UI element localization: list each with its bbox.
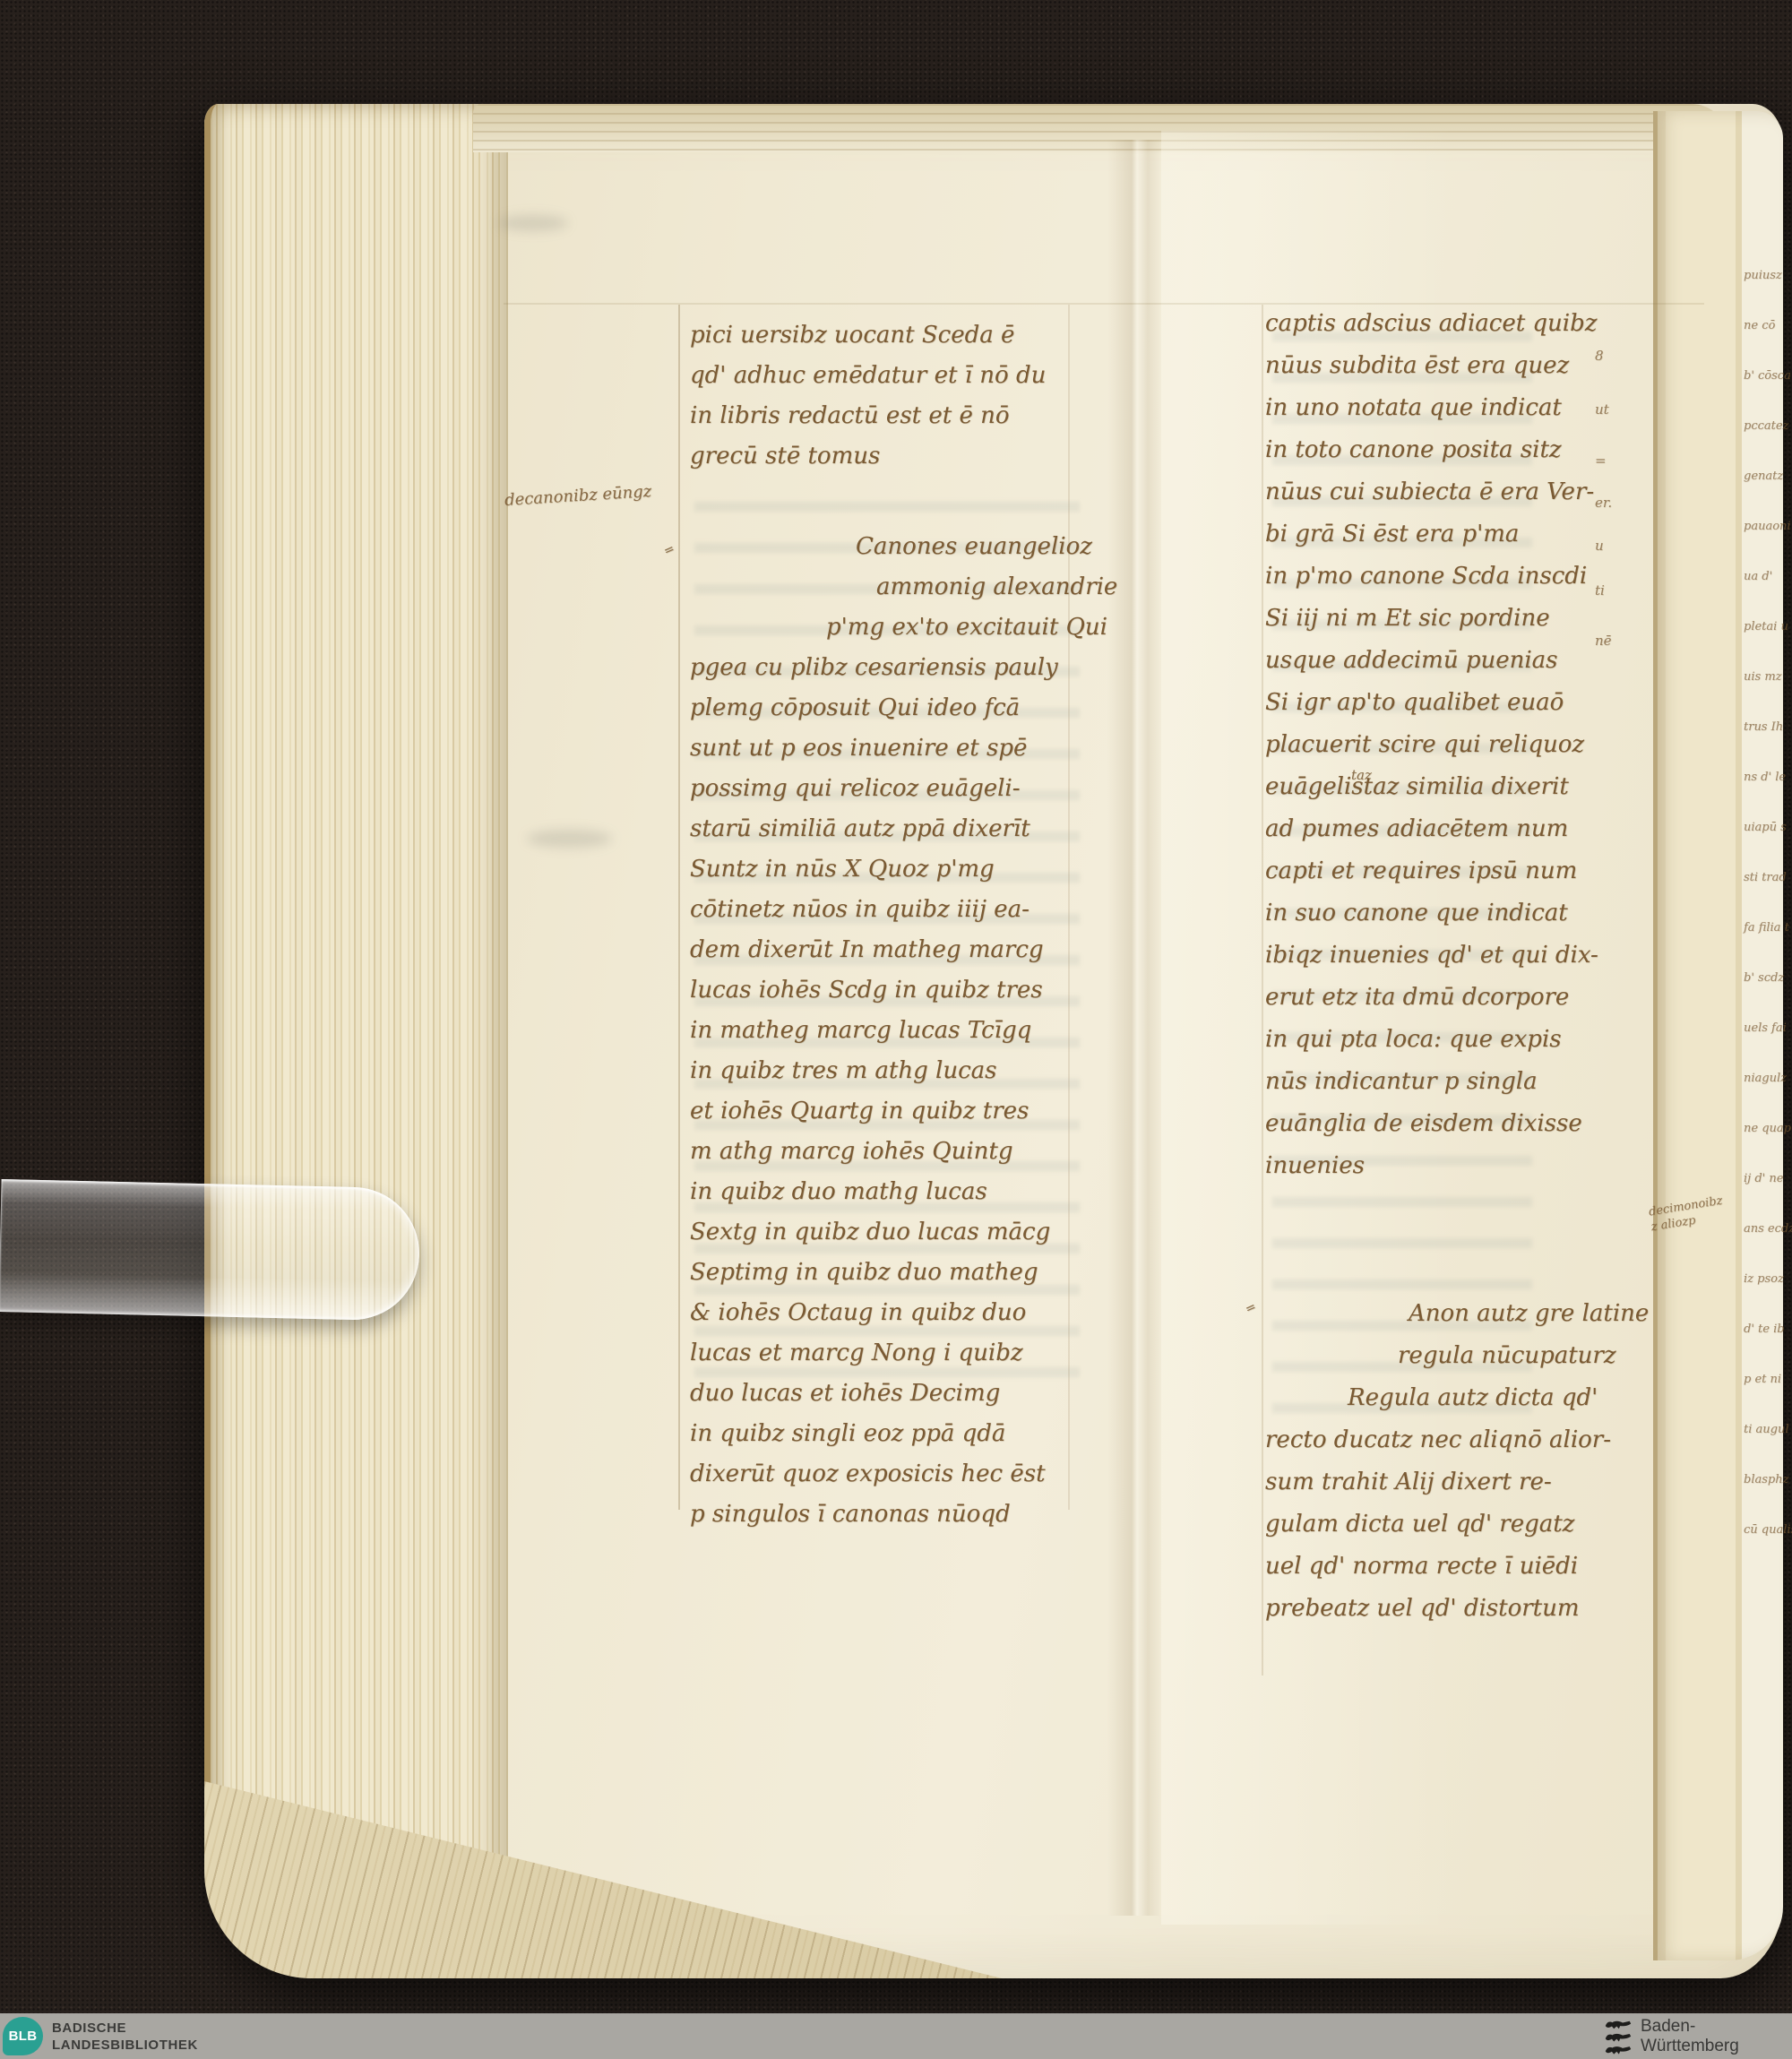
manuscript-line: in quibz singli eoz ppā qdā: [690, 1414, 1102, 1454]
manuscript-line: captis adscius adiacet quibz: [1265, 303, 1561, 345]
manuscript-line: pauaoni: [1744, 520, 1791, 533]
manuscript-line: duo lucas et iohēs Decimg: [690, 1374, 1102, 1414]
manuscript-line: ne cō: [1744, 319, 1775, 332]
manuscript-line: ij d' ne: [1744, 1172, 1783, 1185]
manuscript-line: in libris redactū est et ē nō: [690, 396, 1102, 436]
manuscript-line: nūus subdita ēst era quez: [1265, 345, 1561, 387]
manuscript-line: usque addecimū puenias: [1265, 640, 1561, 682]
manuscript-line: pccatez: [1744, 419, 1788, 433]
manuscript-line: in p'mo canone Scda inscdi: [1265, 556, 1561, 598]
interlinear-gloss: taz: [1351, 754, 1372, 797]
manuscript-line: capti et requires ipsū num: [1265, 850, 1561, 892]
acrylic-book-weight-strip: [0, 1179, 421, 1322]
manuscript-line: genatz: [1744, 470, 1783, 483]
manuscript-line: Anon autz gre latine: [1265, 1293, 1561, 1335]
blb-logo: BLB: [3, 2017, 43, 2055]
manuscript-line: euānglia de eisdem dixisse: [1265, 1103, 1561, 1145]
manuscript-line: er.: [1595, 495, 1612, 511]
manuscript-line: gulam dicta uel qd' regatz: [1265, 1503, 1561, 1546]
manuscript-line: ne quap: [1744, 1122, 1791, 1135]
text-column-2: captis adscius adiacet quibznūus subdita…: [1265, 303, 1561, 1630]
manuscript-line: ut: [1595, 401, 1609, 418]
library-name: BADISCHE LANDESBIBLIOTHEK: [52, 2020, 198, 2054]
manuscript-line: =: [1595, 452, 1607, 469]
manuscript-line: lucas et marcg Nong i quibz: [690, 1333, 1102, 1374]
manuscript-line: lucas iohēs Scdg in quibz tres: [690, 970, 1102, 1011]
manuscript-line: niagulz: [1744, 1072, 1787, 1085]
manuscript-line: prebeatz uel qd' distortum: [1265, 1588, 1561, 1630]
manuscript-line: 8: [1595, 348, 1604, 364]
manuscript-line: Canones euangelioz: [690, 527, 1102, 567]
manuscript-line: ans ecdz: [1744, 1222, 1792, 1236]
library-name-line2: LANDESBIBLIOTHEK: [52, 2037, 198, 2054]
manuscript-line: sum trahit Alij dixert re-: [1265, 1461, 1561, 1503]
manuscript-line: ibiqz inuenies qd' et qui dix-: [1265, 935, 1561, 977]
manuscript-line: in uno notata que indicat: [1265, 387, 1561, 429]
library-name-line1: BADISCHE: [52, 2020, 198, 2037]
manuscript-line: u: [1595, 538, 1604, 554]
manuscript-line: & iohēs Octaug in quibz duo: [690, 1293, 1102, 1333]
manuscript-line: uiapū s: [1744, 821, 1787, 834]
faint-folio-mark: [498, 215, 568, 231]
manuscript-line: in suo canone que indicat: [1265, 892, 1561, 935]
manuscript-line: recto ducatz nec aliqnō alior-: [1265, 1419, 1561, 1461]
manuscript-line: d' te ib: [1744, 1322, 1785, 1336]
manuscript-line: ns d' le: [1744, 771, 1786, 784]
manuscript-line: cū qualis: [1744, 1523, 1792, 1537]
manuscript-line: blasphz: [1744, 1473, 1788, 1486]
manuscript-line: b' scdz: [1744, 971, 1784, 985]
manuscript-line: b' cōsca: [1744, 369, 1791, 383]
manuscript-line: euāgelistaz similia dixerittaz: [1265, 766, 1561, 808]
state-label: Baden-Württemberg: [1641, 2013, 1792, 2059]
state-label-text: Baden-Württemberg: [1641, 2017, 1792, 2056]
ruling-line-vertical: [678, 305, 680, 1510]
book-gutter-shadow: [1107, 140, 1161, 1916]
blb-logo-text: BLB: [9, 2029, 38, 2044]
manuscript-line: nē: [1595, 633, 1612, 649]
manuscript-line: dem dixerūt In matheg marcg: [690, 930, 1102, 970]
manuscript-line: et iohēs Quartg in quibz tres: [690, 1091, 1102, 1132]
manuscript-line: p'mg ex'to excitauit Qui: [690, 607, 1102, 648]
manuscript-line: nūs indicantur p singla: [1265, 1061, 1561, 1103]
manuscript-line: ad pumes adiacētem num: [1265, 808, 1561, 850]
manuscript-line: pgea cu plibz cesariensis pauly: [690, 648, 1102, 688]
manuscript-line: iz psoz: [1744, 1272, 1784, 1286]
manuscript-line: in quibz tres m athg lucas: [690, 1051, 1102, 1091]
manuscript-line: regula nūcupaturz: [1265, 1335, 1561, 1377]
fore-edge-text-fragments: puiuszne cōb' cōscapccatezgenatzpauaoniu…: [1744, 0, 1785, 2059]
manuscript-line: in quibz duo mathg lucas: [690, 1172, 1102, 1212]
manuscript-line: ti: [1595, 582, 1605, 599]
manuscript-line: in toto canone posita sitz: [1265, 429, 1561, 471]
digitized-manuscript-photo: decanonibz eūngz pici uersibz uocant Sce…: [0, 0, 1792, 2059]
manuscript-line: in qui pta loca: que expis: [1265, 1019, 1561, 1061]
manuscript-line: nūus cui subiecta ē era Ver-: [1265, 471, 1561, 513]
manuscript-line: starū similiā autz ppā dixerīt: [690, 809, 1102, 849]
manuscript-line: possimg qui relicoz euāgeli-: [690, 769, 1102, 809]
viewer-footer-bar: BLB BADISCHE LANDESBIBLIOTHEK Baden-Würt…: [0, 2013, 1792, 2059]
left-page-edges-stack: [204, 104, 508, 1955]
manuscript-line: m athg marcg iohēs Quintg: [690, 1132, 1102, 1172]
baden-wuerttemberg-arms-icon: [1603, 2017, 1633, 2055]
manuscript-line: puiusz: [1744, 269, 1782, 282]
manuscript-line: uis mz: [1744, 670, 1782, 684]
manuscript-line: qd' adhuc emēdatur et ī nō du: [690, 356, 1102, 396]
manuscript-line: Si iij ni m Et sic pordine: [1265, 598, 1561, 640]
manuscript-line: ua d': [1744, 570, 1772, 583]
bottom-page-edges: [204, 1781, 1002, 1978]
manuscript-line: uels fai: [1744, 1021, 1787, 1035]
faint-margin-smudge: [527, 830, 612, 848]
manuscript-line: sti trad: [1744, 871, 1787, 884]
manuscript-line: fa filia t: [1744, 921, 1789, 935]
manuscript-line: dixerūt quoz exposicis hec ēst: [690, 1454, 1102, 1495]
next-leaf-text-fragments: 8ut=er.utinē: [1595, 0, 1625, 2059]
manuscript-line: bi grā Si ēst era p'ma: [1265, 513, 1561, 556]
manuscript-line: sunt ut p eos inuenire et spē: [690, 728, 1102, 769]
manuscript-line: erut etz ita dmū dcorpore: [1265, 977, 1561, 1019]
manuscript-line: in matheg marcg lucas Tcīgq: [690, 1011, 1102, 1051]
manuscript-line: trus Ih: [1744, 720, 1783, 734]
manuscript-line: Regula autz dicta qd': [1265, 1377, 1561, 1419]
manuscript-line: grecū stē tomus: [690, 436, 1102, 477]
manuscript-line: Suntz in nūs X Quoz p'mg: [690, 849, 1102, 890]
manuscript-line: p et ni: [1744, 1373, 1781, 1386]
manuscript-line: p singulos ī canonas nūoqd: [690, 1495, 1102, 1535]
manuscript-line: Septimg in quibz duo matheg: [690, 1253, 1102, 1293]
manuscript-line: ti augul: [1744, 1423, 1789, 1436]
manuscript-line: uel qd' norma recte ī uiēdi: [1265, 1546, 1561, 1588]
ruling-line-vertical: [1262, 305, 1263, 1676]
manuscript-line: ammonig alexandrie: [690, 567, 1102, 607]
manuscript-line: pletai u: [1744, 620, 1788, 633]
manuscript-line: plemg cōposuit Qui ideo fcā: [690, 688, 1102, 728]
manuscript-line: pici uersibz uocant Sceda ē: [690, 315, 1102, 356]
manuscript-line: Sextg in quibz duo lucas mācg: [690, 1212, 1102, 1253]
manuscript-line: Si igr ap'to qualibet euaō: [1265, 682, 1561, 724]
manuscript-line: cōtinetz nūos in quibz iiij ea-: [690, 890, 1102, 930]
text-column-1: pici uersibz uocant Sceda ēqd' adhuc emē…: [690, 315, 1102, 1535]
manuscript-line: placuerit scire qui reliquoz: [1265, 724, 1561, 766]
manuscript-line: inuenies: [1265, 1145, 1561, 1187]
